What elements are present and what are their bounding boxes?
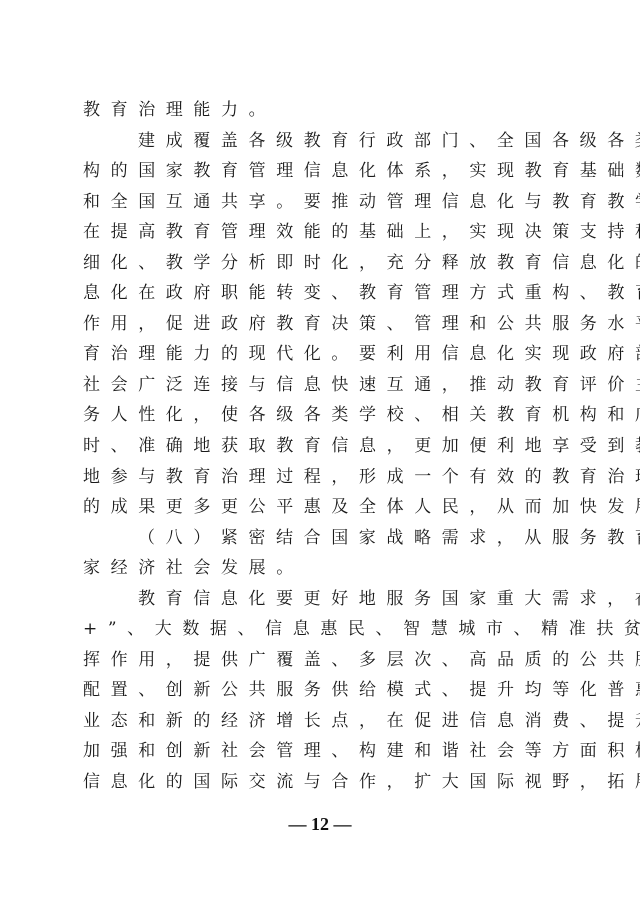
text-line: 育治理能力的现代化。要利用信息化实现政府部门、学校、家长和: [83, 339, 558, 370]
text-line: 和全国互通共享。要推动管理信息化与教育教学创新的深度融合，: [83, 187, 558, 218]
section-heading-line: 家经济社会发展。: [83, 553, 558, 584]
text-line: 加强和创新社会管理、构建和谐社会等方面积极探索。要加强教育: [83, 736, 558, 767]
text-line: 在提高教育管理效能的基础上，实现决策支持科学化、管理过程精: [83, 217, 558, 248]
body-text: 教育治理能力。 建成覆盖各级教育行政部门、全国各级各类学校和相关教育机 构的国家…: [83, 95, 558, 798]
paragraph-start-line: 建成覆盖各级教育行政部门、全国各级各类学校和相关教育机: [83, 126, 558, 157]
text-line: +”、大数据、信息惠民、智慧城市、精准扶贫等国家重大战略中发: [83, 614, 558, 645]
text-line: 细化、教学分析即时化，充分释放教育信息化的潜能，系统发挥信: [83, 248, 558, 279]
text-line: 息化在政府职能转变、教育管理方式重构、教育管理流程再造中的: [83, 278, 558, 309]
text-line: 时、准确地获取教育信息，更加便利地享受到教育服务，更加深入: [83, 431, 558, 462]
text-line: 构的国家教育管理信息化体系，实现教育基础数据的“伴随式收集”: [83, 156, 558, 187]
text-line: 地参与教育治理过程，形成一个有效的教育治理体系，让教育发展: [83, 462, 558, 493]
text-line: 配置、创新公共服务供给模式、提升均等化普惠化水平，培育新型: [83, 675, 558, 706]
document-page: 教育治理能力。 建成覆盖各级教育行政部门、全国各级各类学校和相关教育机 构的国家…: [0, 0, 640, 905]
paragraph-start-line: 教育信息化要更好地服务国家重大需求，在“一带一路”“互联网: [83, 584, 558, 615]
text-line: 的成果更多更公平惠及全体人民，从而加快发展各项教育事业。: [83, 492, 558, 523]
text-line: 作用，促进政府教育决策、管理和公共服务水平显著提高，推动教: [83, 309, 558, 340]
text-line: 信息化的国际交流与合作，扩大国际视野，拓展国际空间，抢占教: [83, 767, 558, 798]
page-number: — 12 —: [0, 814, 640, 835]
text-line: 教育治理能力。: [83, 95, 558, 126]
text-line: 社会广泛连接与信息快速互通，推动教育评价主体多元化、公共服: [83, 370, 558, 401]
text-line: 务人性化，使各级各类学校、相关教育机构和广大人民群众更加及: [83, 400, 558, 431]
text-line: 业态和新的经济增长点，在促进信息消费、提升基本公共服务水平、: [83, 706, 558, 737]
section-heading-line: （八）紧密结合国家战略需求，从服务教育自身拓展为服务国: [83, 523, 558, 554]
text-line: 挥作用，提供广覆盖、多层次、高品质的公共服务，优化社会资源: [83, 645, 558, 676]
